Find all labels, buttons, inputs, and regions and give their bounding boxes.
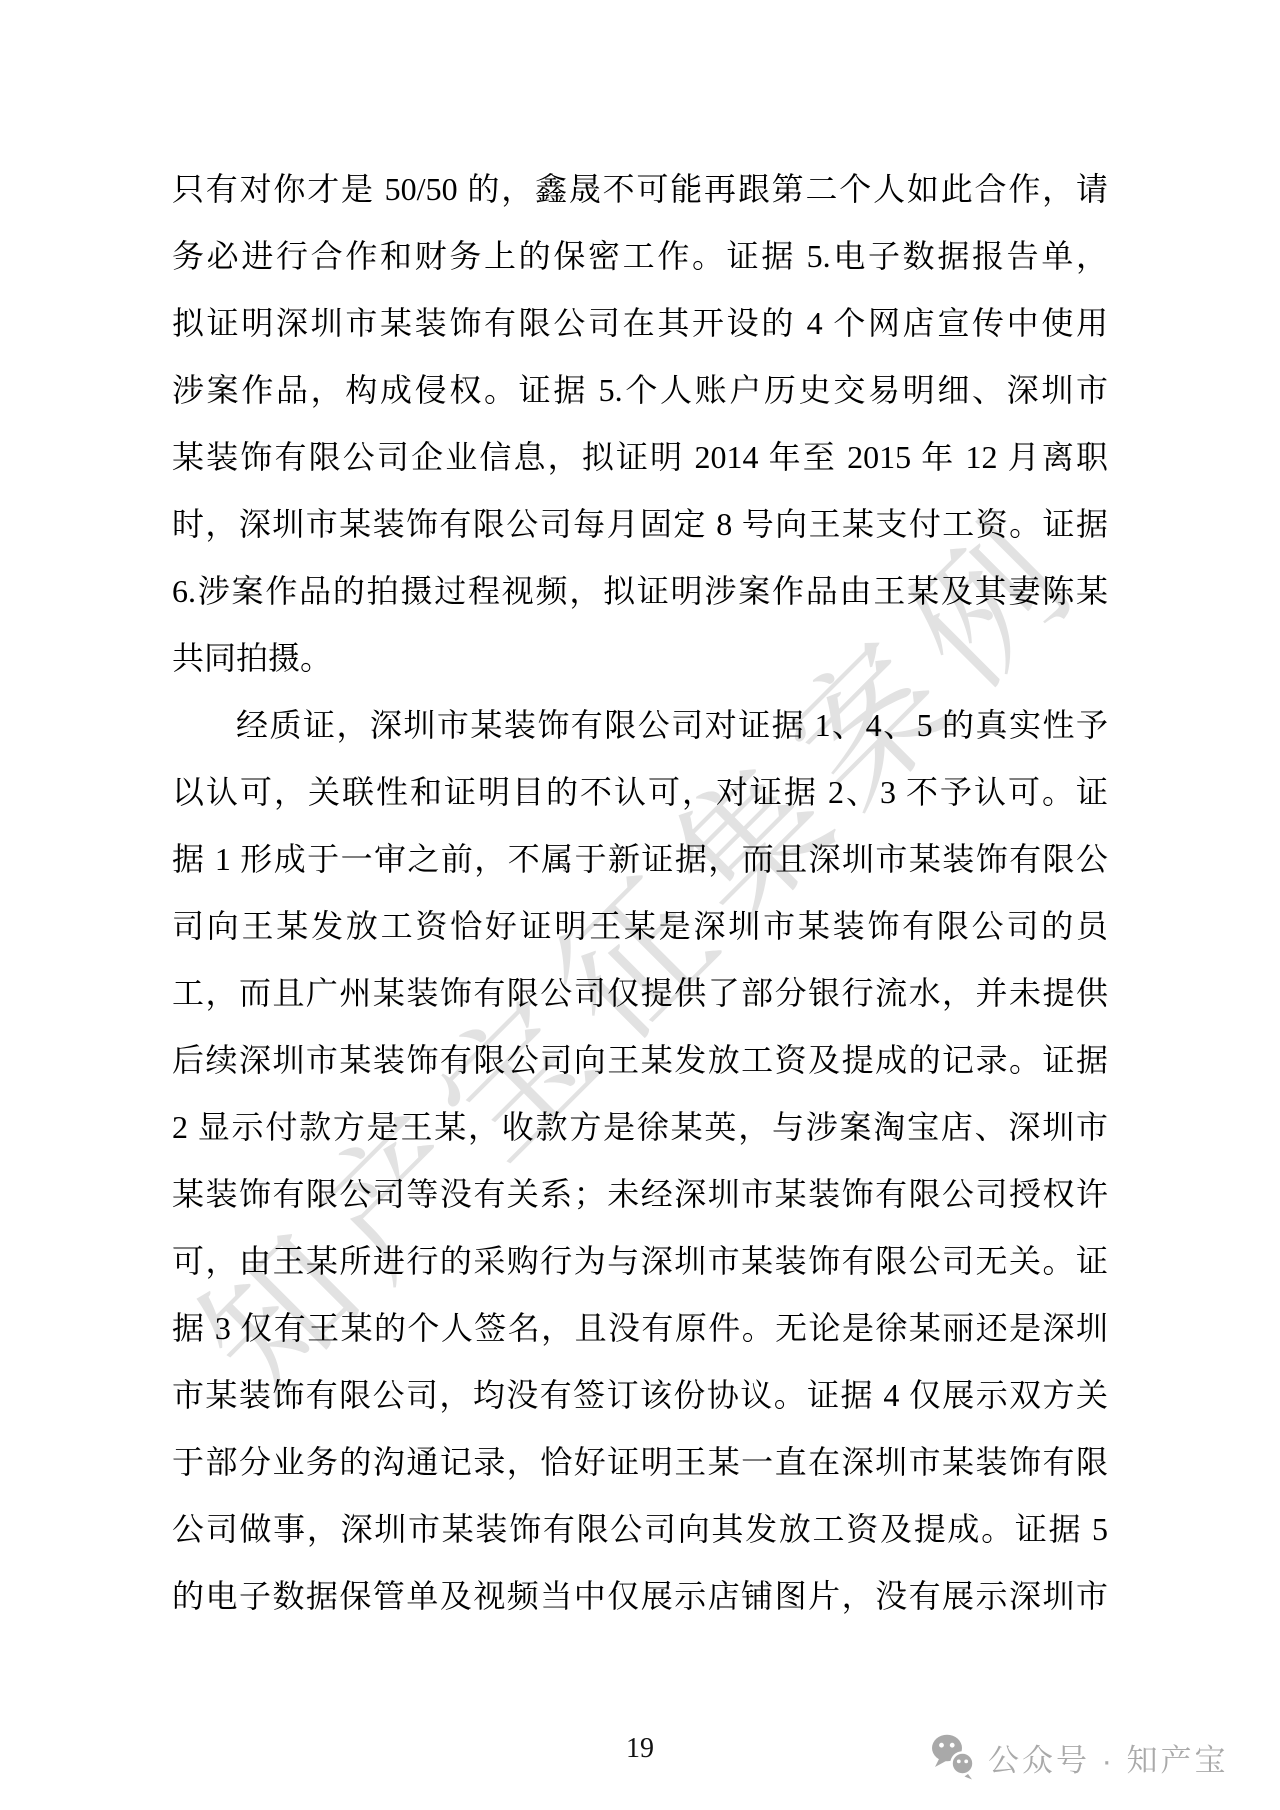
text-line: 工，而且广州某装饰有限公司仅提供了部分银行流水，并未提供 bbox=[172, 960, 1108, 1027]
text-line: 2 显示付款方是王某，收款方是徐某英，与涉案淘宝店、深圳市 bbox=[172, 1094, 1108, 1161]
text-line: 据 1 形成于一审之前，不属于新证据，而且深圳市某装饰有限公 bbox=[172, 826, 1108, 893]
wechat-icon bbox=[928, 1733, 978, 1781]
text-line: 据 3 仅有王某的个人签名，且没有原件。无论是徐某丽还是深圳 bbox=[172, 1295, 1108, 1362]
text-line: 某装饰有限公司企业信息，拟证明 2014 年至 2015 年 12 月离职 bbox=[172, 424, 1108, 491]
text-line: 务必进行合作和财务上的保密工作。证据 5.电子数据报告单， bbox=[172, 223, 1108, 290]
body-text-column: 只有对你才是 50/50 的，鑫晟不可能再跟第二个人如此合作，请 务必进行合作和… bbox=[172, 156, 1108, 1630]
text-line: 以认可，关联性和证明目的不认可，对证据 2、3 不予认可。证 bbox=[172, 759, 1108, 826]
text-line: 于部分业务的沟通记录，恰好证明王某一直在深圳市某装饰有限 bbox=[172, 1429, 1108, 1496]
wechat-brand: 公众号 · 知产宝 bbox=[928, 1728, 1229, 1786]
text-line: 公司做事，深圳市某装饰有限公司向其发放工资及提成。证据 5 bbox=[172, 1496, 1108, 1563]
text-line: 某装饰有限公司等没有关系；未经深圳市某装饰有限公司授权许 bbox=[172, 1161, 1108, 1228]
document-page: 知产宝征集案例 只有对你才是 50/50 的，鑫晟不可能再跟第二个人如此合作，请… bbox=[0, 0, 1280, 1810]
text-line: 涉案作品，构成侵权。证据 5.个人账户历史交易明细、深圳市 bbox=[172, 357, 1108, 424]
text-line: 司向王某发放工资恰好证明王某是深圳市某装饰有限公司的员 bbox=[172, 893, 1108, 960]
brand-label: 公众号 · 知产宝 bbox=[988, 1735, 1229, 1780]
text-line: 的电子数据保管单及视频当中仅展示店铺图片，没有展示深圳市 bbox=[172, 1563, 1108, 1630]
text-line: 拟证明深圳市某装饰有限公司在其开设的 4 个网店宣传中使用 bbox=[172, 290, 1108, 357]
text-line: 时，深圳市某装饰有限公司每月固定 8 号向王某支付工资。证据 bbox=[172, 491, 1108, 558]
text-line: 共同拍摄。 bbox=[172, 625, 1108, 692]
text-line: 市某装饰有限公司，均没有签订该份协议。证据 4 仅展示双方关 bbox=[172, 1362, 1108, 1429]
text-line: 后续深圳市某装饰有限公司向王某发放工资及提成的记录。证据 bbox=[172, 1027, 1108, 1094]
text-line: 可，由王某所进行的采购行为与深圳市某装饰有限公司无关。证 bbox=[172, 1228, 1108, 1295]
text-line: 经质证，深圳市某装饰有限公司对证据 1、4、5 的真实性予 bbox=[172, 692, 1108, 759]
text-line: 6.涉案作品的拍摄过程视频，拟证明涉案作品由王某及其妻陈某 bbox=[172, 558, 1108, 625]
text-line: 只有对你才是 50/50 的，鑫晟不可能再跟第二个人如此合作，请 bbox=[172, 156, 1108, 223]
